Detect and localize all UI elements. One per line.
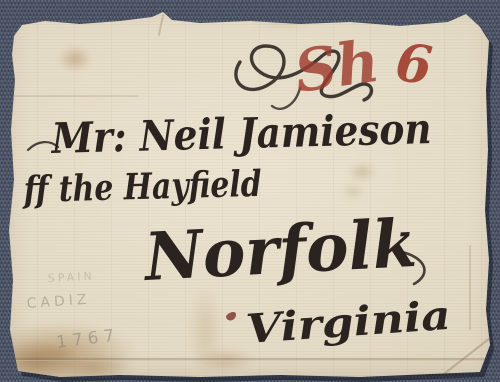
rate-mark-sh: Sh (290, 27, 383, 106)
pencil-note-year: 1767 (55, 325, 120, 353)
address-line-2: ff the Hayfield (21, 163, 263, 211)
pencil-note-country: SPAIN (47, 270, 95, 285)
pencil-note-city: CADIZ (26, 292, 91, 312)
ink-layer: Sh 6 Mr: Neil Jamieson ff the Hayfield N… (0, 0, 500, 382)
letter-paper: Sh 6 Mr: Neil Jamieson ff the Hayfield N… (0, 0, 500, 382)
address-line-4: Virginia (244, 292, 452, 353)
ink-speck (226, 312, 236, 320)
ink-flourish (272, 88, 300, 109)
photo-of-historic-letter: { "photo": { "background_fabric_color": … (0, 0, 500, 382)
address-line-1: Mr: Neil Jamieson (49, 104, 432, 163)
address-line-3: Norfolk (141, 204, 419, 296)
rate-mark-6: 6 (393, 32, 435, 96)
